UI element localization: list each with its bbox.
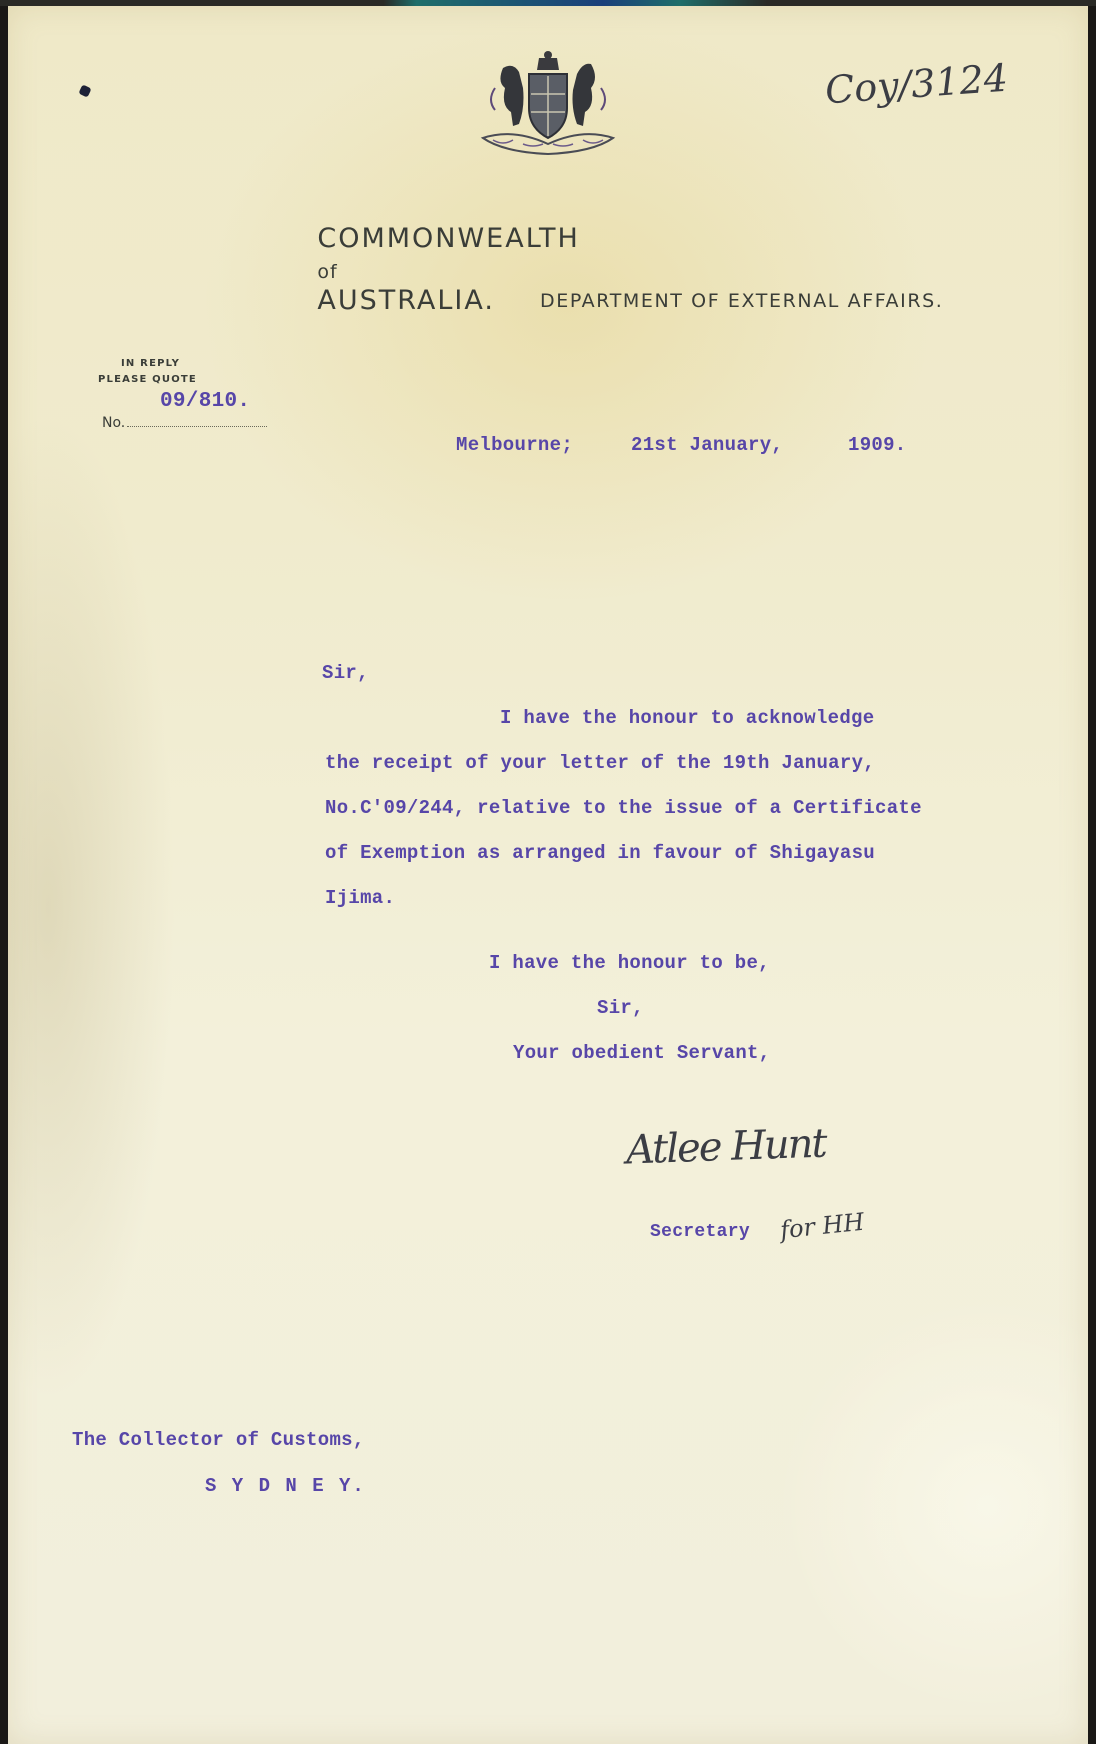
letterhead-of: of bbox=[317, 261, 337, 283]
closing-line-2: Sir, bbox=[597, 997, 644, 1019]
coat-of-arms-icon bbox=[473, 48, 623, 160]
reference-label-line2: PLEASE QUOTE bbox=[98, 374, 197, 385]
addressee-line-2: S Y D N E Y. bbox=[205, 1475, 366, 1497]
body-line-5: Ijima. bbox=[325, 887, 395, 909]
signature-title: Secretary bbox=[650, 1222, 750, 1242]
body-line-1: I have the honour to acknowledge bbox=[500, 707, 874, 729]
reference-number: 09/810. bbox=[160, 390, 250, 413]
closing-line-1: I have the honour to be, bbox=[489, 952, 770, 974]
closing-line-3: Your obedient Servant, bbox=[513, 1042, 770, 1064]
dateline-place: Melbourne; bbox=[456, 434, 573, 456]
dateline-date: 21st January, bbox=[631, 434, 783, 456]
reference-label-line1: IN REPLY bbox=[121, 358, 180, 369]
signature-for-initials: for HH bbox=[779, 1208, 866, 1245]
letterhead-commonwealth: COMMONWEALTH bbox=[317, 223, 580, 254]
dateline-year: 1909. bbox=[848, 434, 907, 456]
reference-dotted-line bbox=[127, 425, 267, 427]
department-name: DEPARTMENT OF EXTERNAL AFFAIRS. bbox=[540, 290, 943, 312]
reference-no-label: No. bbox=[102, 415, 125, 431]
handwritten-annotation: Coy/3124 bbox=[824, 56, 1010, 113]
letterhead-australia: AUSTRALIA. bbox=[317, 285, 495, 316]
ink-blot bbox=[78, 84, 91, 97]
body-line-4: of Exemption as arranged in favour of Sh… bbox=[325, 842, 875, 864]
body-line-2: the receipt of your letter of the 19th J… bbox=[325, 752, 875, 774]
addressee-line-1: The Collector of Customs, bbox=[72, 1429, 365, 1451]
body-line-3: No.C'09/244, relative to the issue of a … bbox=[325, 797, 922, 819]
signature: Atlee Hunt bbox=[625, 1121, 826, 1174]
letter-page: Coy/3124 COMMONWEALTH of AUSTRALIA. DEPA… bbox=[8, 6, 1088, 1744]
salutation: Sir, bbox=[322, 662, 369, 684]
letterhead-title: COMMONWEALTH of AUSTRALIA. bbox=[275, 192, 580, 347]
